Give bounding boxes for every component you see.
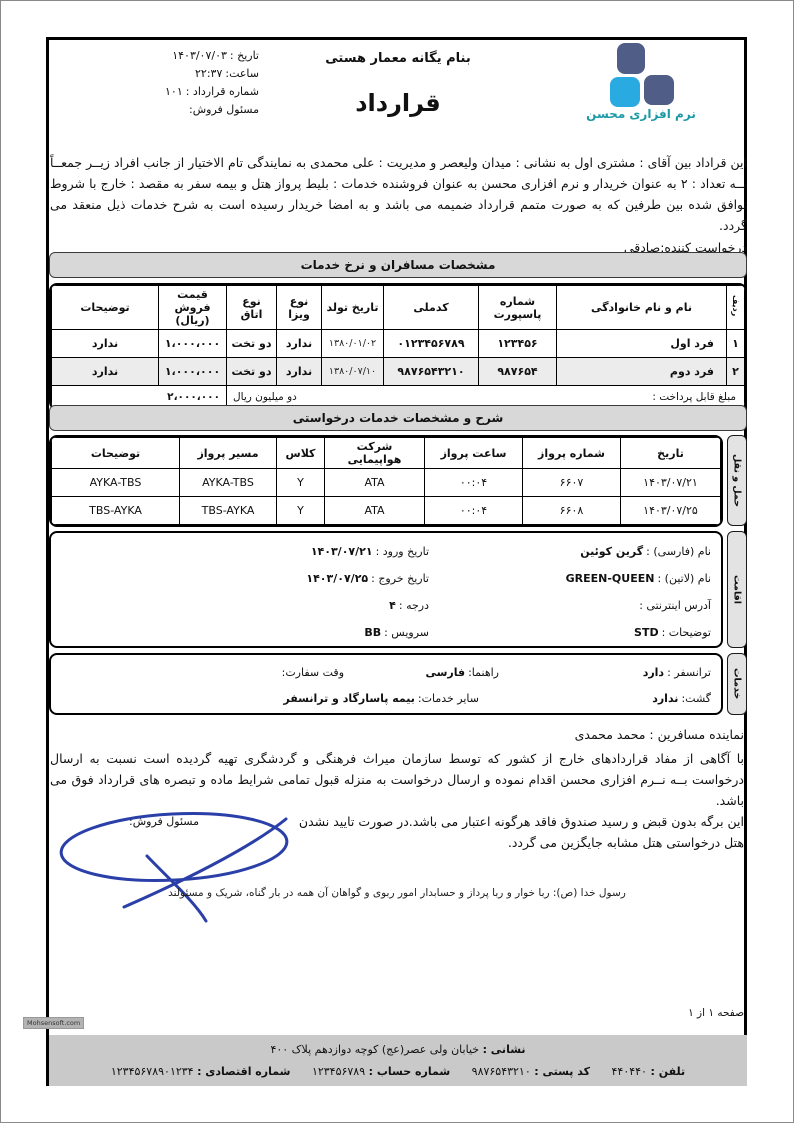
col-header-national-id: کدملی (384, 286, 479, 330)
footer-contacts-line: تلفن : ۴۴۰۴۴۰ کد پستی : ۹۸۷۶۵۴۳۲۱۰ شماره… (49, 1061, 747, 1083)
logo-square-navy-right-icon (644, 75, 674, 105)
meta-date-value: ۱۴۰۳/۰۷/۰۳ (172, 49, 227, 62)
accommodation-box: نام (فارسی) :گرین کوئین نام (لاتین) :GRE… (49, 531, 723, 648)
flight-row-2: ۱۴۰۳/۰۷/۲۵ ۶۶۰۸ ۰۰:۰۴ ATA Y TBS-AYKA TBS… (52, 497, 721, 525)
flight-number-cell: ۶۶۰۷ (523, 469, 621, 497)
footer-address-label: نشانی : (483, 1043, 526, 1056)
flight-airline-cell: ATA (325, 469, 425, 497)
services-box: ترانسفر :دارد راهنما:فارسی وقت سفارت: گش… (49, 653, 723, 715)
col-header-row-number: ردیف (727, 286, 745, 330)
flights-table: تاریخ شماره پرواز ساعت پرواز شرکت هواپیم… (49, 435, 723, 527)
passenger-birth-date-cell: ۱۳۸۰/۰۷/۱۰ (322, 358, 384, 386)
religious-quote: رسول خدا (ص): ربا خوار و ربا پرداز و حسا… (50, 887, 744, 899)
passenger-visa-cell: ندارد (277, 358, 322, 386)
service-transfer: ترانسفر :دارد (643, 665, 711, 681)
passenger-national-id-cell: ۰۱۲۳۴۵۶۷۸۹ (384, 330, 479, 358)
meta-date: تاریخ :۱۴۰۳/۰۷/۰۳ (46, 47, 259, 65)
passenger-birth-date-cell: ۱۳۸۰/۰۱/۰۲ (322, 330, 384, 358)
hotel-checkout-date: تاریخ خروج :۱۴۰۳/۰۷/۲۵ (306, 565, 429, 592)
logo-square-lightblue-icon (610, 77, 640, 107)
passenger-name-cell: فرد دوم (557, 358, 727, 386)
hotel-service: سرویس :BB (306, 619, 429, 646)
service-tour: گشت:ندارد (652, 691, 711, 707)
flight-date-cell: ۱۴۰۳/۰۷/۲۵ (621, 497, 721, 525)
service-embassy-time: وقت سفارت: (279, 665, 344, 681)
col-header-flight-date: تاریخ (621, 438, 721, 469)
accommodation-left-column: تاریخ ورود :۱۴۰۳/۰۷/۲۱ تاریخ خروج :۱۴۰۳/… (306, 538, 429, 646)
representative-line: نماینده مسافرین : محمد محمدی (575, 727, 744, 742)
flight-class-cell: Y (277, 469, 325, 497)
service-guide: راهنما:فارسی (425, 665, 499, 681)
flight-route-cell: TBS-AYKA (180, 497, 277, 525)
passenger-row-2: ۲ فرد دوم ۹۸۷۶۵۴ ۹۸۷۶۵۴۳۲۱۰ ۱۳۸۰/۰۷/۱۰ ن… (52, 358, 745, 386)
col-header-room-type: نوع اتاق (227, 286, 277, 330)
footer-economic-number: شماره اقتصادی : ۱۲۳۴۵۶۷۸۹۰۱۲۳۴ (111, 1065, 291, 1078)
software-watermark: Mohsensoft.com (23, 1017, 84, 1029)
hotel-website: آدرس اینترنتی : (566, 592, 711, 619)
meta-time: ساعت:۲۲:۳۷ (46, 65, 259, 83)
footer-address-value: خیابان ولی عصر(عج) کوچه دوازدهم پلاک ۴۰۰ (270, 1043, 479, 1056)
passenger-row-number-cell: ۲ (727, 358, 745, 386)
footer-bar: نشانی : خیابان ولی عصر(عج) کوچه دوازدهم … (49, 1035, 747, 1086)
page-title: قرارداد (248, 89, 548, 117)
col-header-flight-notes: توضیحات (52, 438, 180, 469)
col-header-notes: توضیحات (52, 286, 159, 330)
flight-row-1: ۱۴۰۳/۰۷/۲۱ ۶۶۰۷ ۰۰:۰۴ ATA Y AYKA-TBS AYK… (52, 469, 721, 497)
flight-airline-cell: ATA (325, 497, 425, 525)
passenger-passport-cell: ۹۸۷۶۵۴ (479, 358, 557, 386)
col-header-route: مسیر پرواز (180, 438, 277, 469)
side-label-transport: حمل و نقل (727, 435, 747, 526)
contract-meta: تاریخ :۱۴۰۳/۰۷/۰۳ ساعت:۲۲:۳۷ شماره قرارد… (46, 47, 259, 119)
passenger-price-cell: ۱،۰۰۰،۰۰۰ (159, 358, 227, 386)
flight-time-cell: ۰۰:۰۴ (425, 469, 523, 497)
col-header-sale-price: قیمت فروش (ریال) (159, 286, 227, 330)
service-other: سایر خدمات:بیمه پاسارگاد و ترانسفر (283, 691, 479, 707)
meta-contract-number: شماره قرارداد :۱۰۱ (46, 83, 259, 101)
flight-class-cell: Y (277, 497, 325, 525)
page-number: صفحه ۱ از ۱ (688, 1007, 744, 1019)
meta-sales-agent: مسئول فروش: (46, 101, 259, 119)
passenger-price-cell: ۱،۰۰۰،۰۰۰ (159, 330, 227, 358)
flights-header-row: تاریخ شماره پرواز ساعت پرواز شرکت هواپیم… (52, 438, 721, 469)
meta-time-label: ساعت: (225, 67, 259, 80)
flight-time-cell: ۰۰:۰۴ (425, 497, 523, 525)
validity-paragraph: این برگه بدون قبض و رسید صندوق فاقد هرگو… (297, 811, 744, 853)
footer-account-number: شماره حساب : ۱۲۳۴۵۶۷۸۹ (312, 1065, 450, 1078)
footer-postal-code: کد پستی : ۹۸۷۶۵۴۳۲۱۰ (472, 1065, 590, 1078)
passenger-room-cell: دو تخت (227, 330, 277, 358)
hotel-name-latin: نام (لاتین) :GREEN-QUEEN (566, 565, 711, 592)
passenger-row-number-cell: ۱ (727, 330, 745, 358)
hotel-name-fa: نام (فارسی) :گرین کوئین (566, 538, 711, 565)
section-header-services: شرح و مشخصات خدمات درخواستی (49, 405, 747, 431)
col-header-class: کلاس (277, 438, 325, 469)
passenger-notes-cell: ندارد (52, 330, 159, 358)
intro-paragraph: این قراداد بین آقای : مشتری اول به نشانی… (50, 152, 747, 236)
passengers-table: ردیف نام و نام خانوادگی شماره پاسپورت کد… (49, 283, 747, 410)
meta-contract-number-value: ۱۰۱ (165, 85, 183, 98)
logo-square-navy-top-icon (617, 43, 645, 74)
hotel-checkin-date: تاریخ ورود :۱۴۰۳/۰۷/۲۱ (306, 538, 429, 565)
side-label-services: خدمات (727, 653, 747, 715)
side-label-accommodation: اقامت (727, 531, 747, 648)
meta-time-value: ۲۲:۳۷ (195, 67, 222, 80)
bismillah-text: بنام یگانه معمار هستی (248, 51, 548, 66)
flight-notes-cell: TBS-AYKA (52, 497, 180, 525)
col-header-fullname: نام و نام خانوادگی (557, 286, 727, 330)
flight-notes-cell: AYKA-TBS (52, 469, 180, 497)
section-header-passengers: مشخصات مسافران و نرخ خدمات (49, 252, 747, 278)
contract-page: تاریخ :۱۴۰۳/۰۷/۰۳ ساعت:۲۲:۳۷ شماره قرارد… (0, 0, 794, 1123)
flight-date-cell: ۱۴۰۳/۰۷/۲۱ (621, 469, 721, 497)
accommodation-right-column: نام (فارسی) :گرین کوئین نام (لاتین) :GRE… (566, 538, 711, 646)
hotel-grade: درجه :۴ (306, 592, 429, 619)
passenger-visa-cell: ندارد (277, 330, 322, 358)
passenger-passport-cell: ۱۲۳۴۵۶ (479, 330, 557, 358)
signature-sales-label: مسئول فروش: (129, 815, 199, 828)
contract-intro: این قراداد بین آقای : مشتری اول به نشانی… (50, 152, 747, 258)
flight-number-cell: ۶۶۰۸ (523, 497, 621, 525)
passenger-national-id-cell: ۹۸۷۶۵۴۳۲۱۰ (384, 358, 479, 386)
logo-company-name: نرم افزاری محسن (581, 107, 701, 121)
col-header-flight-number: شماره پرواز (523, 438, 621, 469)
col-header-birth-date: تاریخ تولد (322, 286, 384, 330)
passengers-header-row: ردیف نام و نام خانوادگی شماره پاسپورت کد… (52, 286, 745, 330)
passenger-room-cell: دو تخت (227, 358, 277, 386)
passenger-name-cell: فرد اول (557, 330, 727, 358)
footer-phone: تلفن : ۴۴۰۴۴۰ (612, 1065, 686, 1078)
col-header-visa-type: نوع ویزا (277, 286, 322, 330)
flight-route-cell: AYKA-TBS (180, 469, 277, 497)
passenger-notes-cell: ندارد (52, 358, 159, 386)
hotel-notes: توضیحات :STD (566, 619, 711, 646)
footer-address-line: نشانی : خیابان ولی عصر(عج) کوچه دوازدهم … (49, 1039, 747, 1061)
col-header-passport: شماره پاسپورت (479, 286, 557, 330)
passenger-row-1: ۱ فرد اول ۱۲۳۴۵۶ ۰۱۲۳۴۵۶۷۸۹ ۱۳۸۰/۰۱/۰۲ ن… (52, 330, 745, 358)
col-header-airline: شرکت هواپیمایی (325, 438, 425, 469)
company-logo: نرم افزاری محسن (581, 41, 701, 125)
col-header-flight-time: ساعت پرواز (425, 438, 523, 469)
